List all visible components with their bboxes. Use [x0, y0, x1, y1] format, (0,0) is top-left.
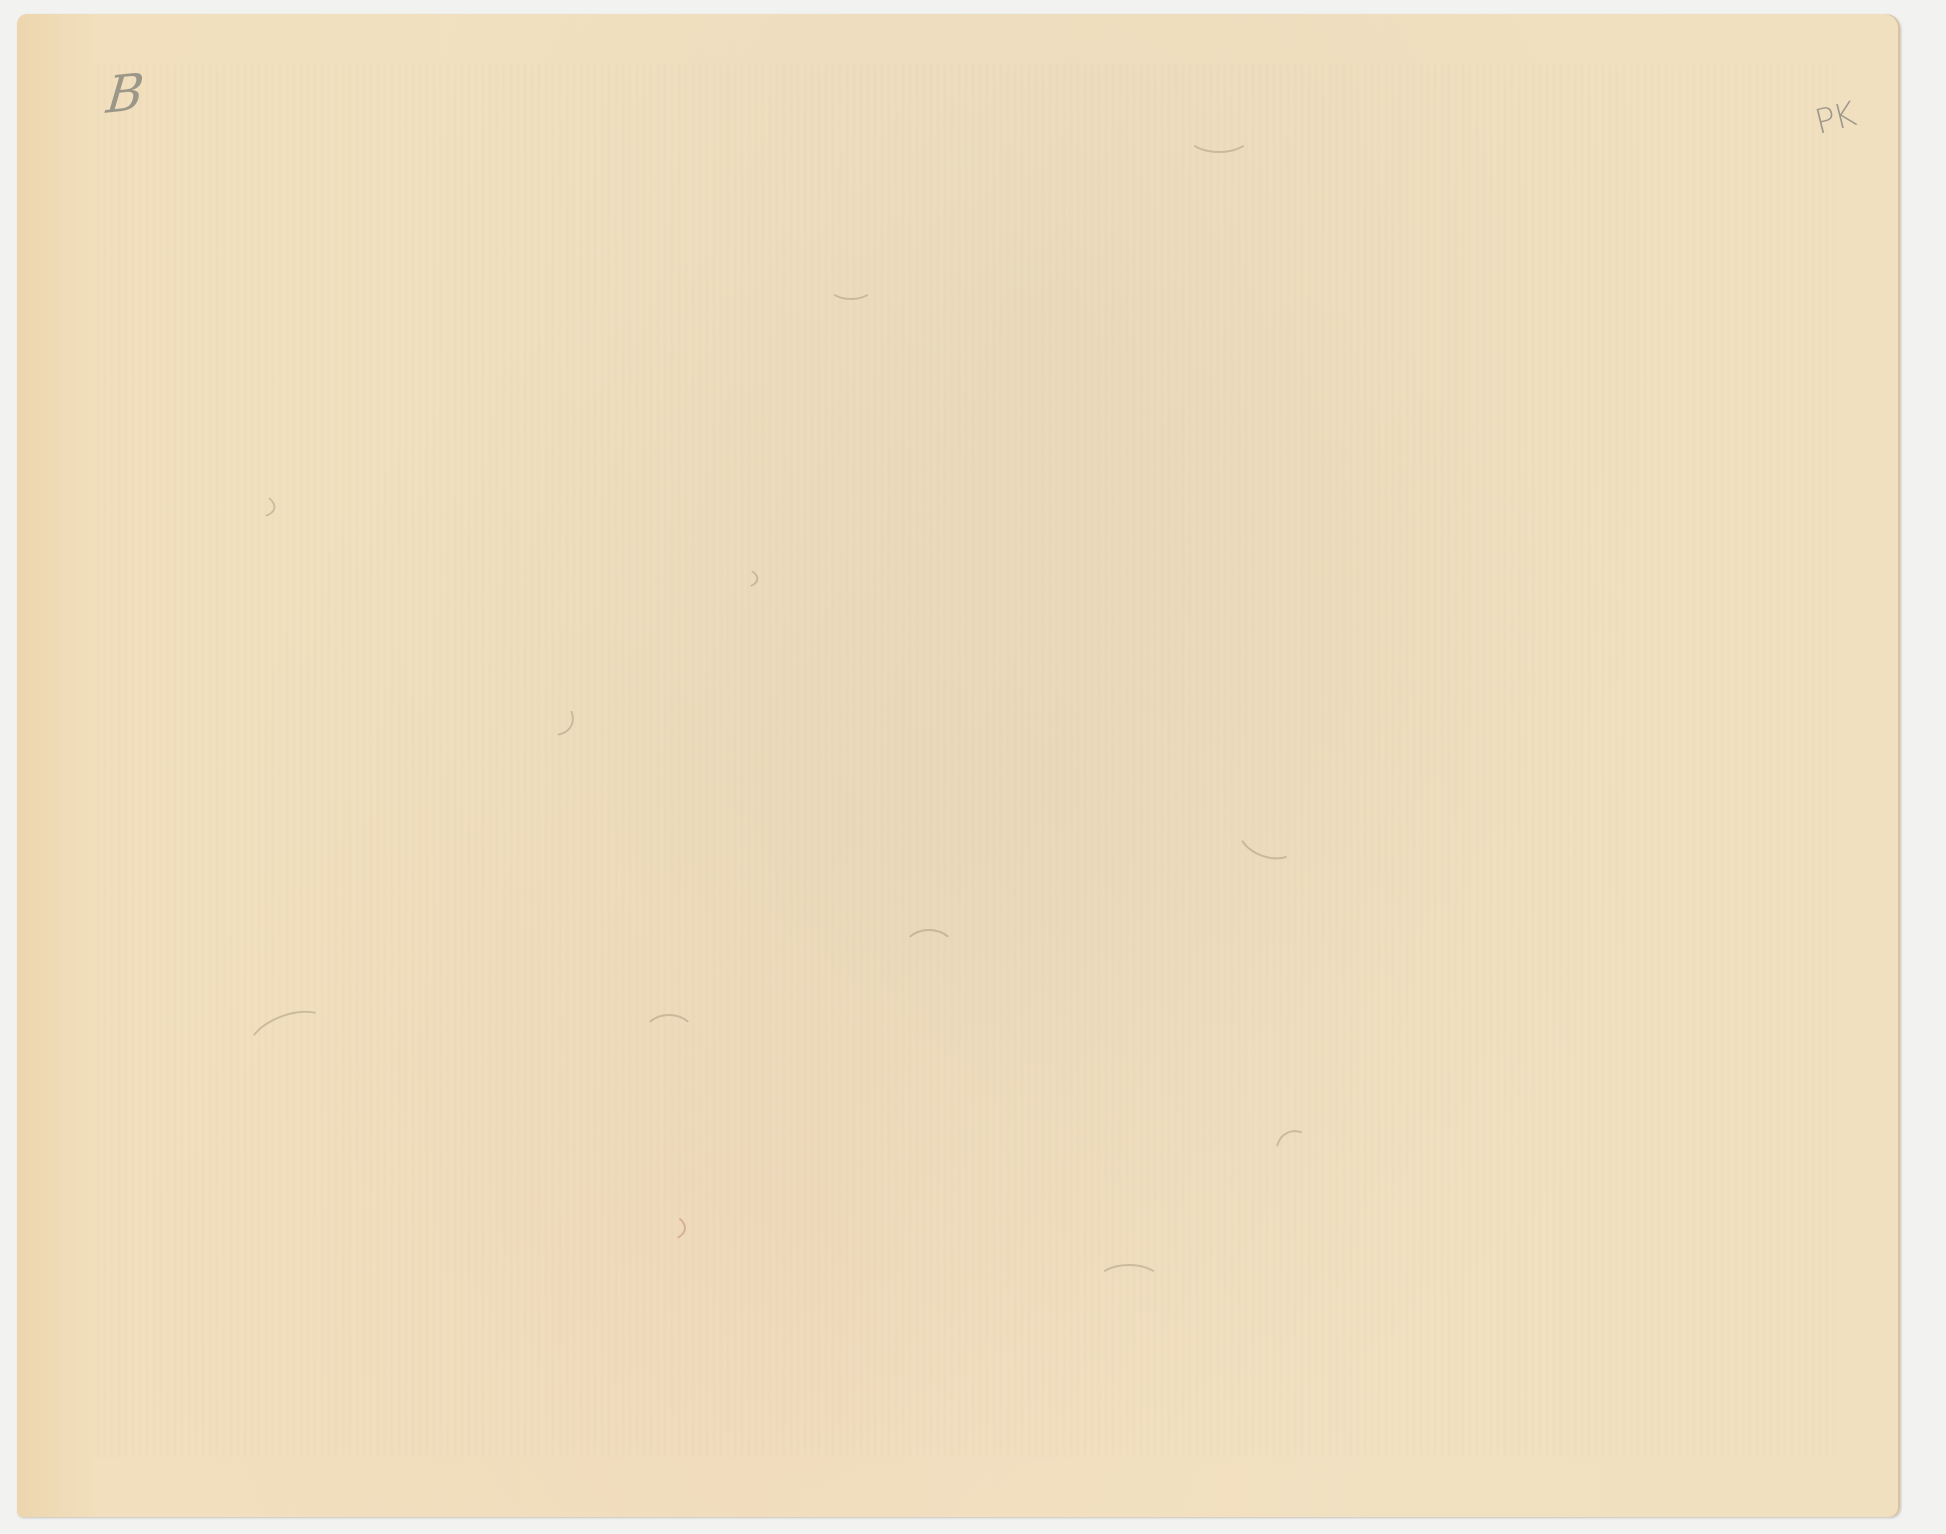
paper-fiber-mark	[902, 929, 956, 973]
handwritten-mark-pk: PK	[1811, 95, 1858, 143]
paper-fiber-mark	[1097, 1264, 1161, 1298]
paper-fiber-mark	[829, 276, 873, 300]
scan-background: B PK	[0, 0, 1946, 1534]
paper-fiber-mark	[190, 477, 279, 525]
paper-fiber-mark	[1266, 1122, 1331, 1191]
paper-fiber-mark	[683, 558, 759, 593]
paper-fiber-mark	[1231, 804, 1306, 867]
handwritten-mark-b: B	[104, 62, 147, 125]
paper-sheet: B PK	[17, 14, 1900, 1517]
paper-fiber-mark	[505, 676, 582, 746]
paper-fiber-mark	[621, 1206, 688, 1245]
paper-fiber-mark	[642, 1014, 696, 1058]
paper-fiber-mark	[242, 1001, 336, 1071]
paper-fiber-mark	[1187, 119, 1251, 153]
